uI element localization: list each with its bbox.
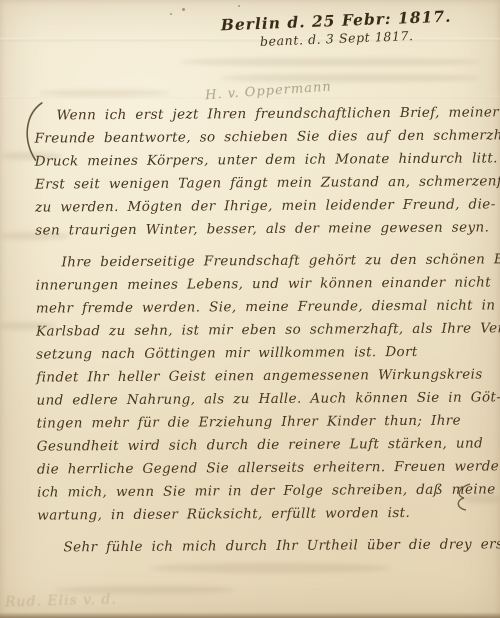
letter-line: die herrliche Gegend Sie allerseits erhe… [37,455,493,481]
paragraph-3: Sehr fühle ich mich durch Ihr Urtheil üb… [37,533,493,559]
letter-scan-page: Berlin d. 25 Febr: 1817. beant. d. 3 Sep… [0,0,500,618]
letter-line: wartung, in dieser Rücksicht, erfüllt wo… [37,501,493,527]
foxing-speck [182,8,185,11]
letter-line: mehr fremde werden. Sie, meine Freunde, … [36,294,492,320]
paragraph-2: Ihre beiderseitige Freundschaft gehört z… [35,248,493,527]
ink-bleedthrough [40,90,170,96]
paragraph-1: Wenn ich erst jezt Ihren freundschaftlic… [34,101,491,242]
letter-line: setzung nach Göttingen mir willkommen is… [36,340,492,366]
paper-bottom-edge [0,612,500,618]
letter-line: Karlsbad zu sehn, ist mir eben so schmer… [36,317,492,343]
letter-line: tingen mehr für die Erziehung Ihrer Kind… [37,409,493,435]
letter-line: Gesundheit wird sich durch die reinere L… [37,432,493,458]
letter-header: Berlin d. 25 Febr: 1817. beant. d. 3 Sep… [221,7,453,51]
letter-line: Ihre beiderseitige Freundschaft gehört z… [35,248,491,274]
letter-line: findet Ihr heller Geist einen angemessen… [36,363,492,389]
foxing-speck [238,5,240,7]
letter-line: Druck meines Körpers, unter dem ich Mona… [35,147,491,173]
letter-line: und edlere Nahrung, als zu Halle. Auch k… [36,386,492,412]
letter-line: Wenn ich erst jezt Ihren freundschaftlic… [34,101,490,127]
letter-line: innerungen meines Lebens, und wir können… [36,271,492,297]
ink-bleedthrough [180,58,480,66]
pencil-annotation-bottom: Rud. Elis v. d. [5,592,117,611]
letter-line: ich mich, wenn Sie mir in der Folge schr… [37,478,493,504]
foxing-speck [170,13,172,15]
pencil-annotation-top: H. v. Oppermann [205,74,416,104]
letter-line: Freunde beantworte, so schieben Sie dies… [35,124,491,150]
letter-body: Wenn ich erst jezt Ihren freundschaftlic… [34,101,493,568]
letter-line: zu werden. Mögten der Ihrige, mein leide… [35,193,491,219]
letter-line: Erst seit wenigen Tagen fängt mein Zusta… [35,170,491,196]
letter-line: Sehr fühle ich mich durch Ihr Urtheil üb… [37,533,493,559]
letter-line: sen traurigen Winter, besser, als der me… [35,216,491,242]
